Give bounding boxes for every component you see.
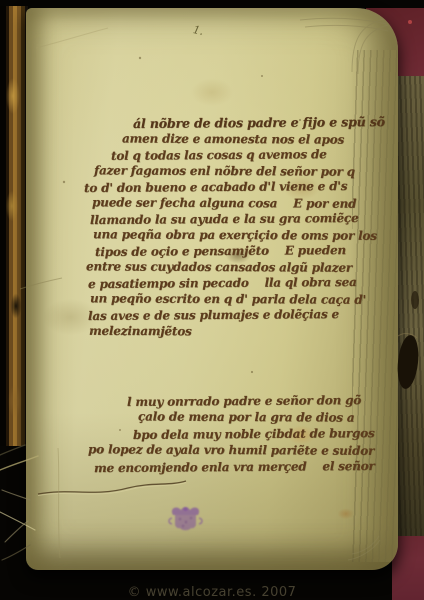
manuscript-line: me encomjendo enla vra merçed el señor — [94, 459, 375, 475]
manuscript-photo: 1. ál nõbre de dios padre e fijo e spũ s… — [0, 0, 424, 600]
manuscript-line: l muy onrrado padre e señor don gõ — [127, 393, 361, 409]
manuscript-text-block-2: l muy onrrado padre e señor don gõ çalo … — [26, 8, 398, 570]
manuscript-line: çalo de mena por la gra de dios a — [138, 409, 354, 424]
parchment-page: 1. ál nõbre de dios padre e fijo e spũ s… — [26, 8, 398, 570]
watermark-text: © www.alcozar.es. 2007 — [0, 585, 424, 600]
manuscript-line: bpo dela muy noble çibdat de burgos — [133, 426, 375, 442]
manuscript-line: po lopez de ayala vro humil pariẽte e su… — [88, 442, 374, 457]
